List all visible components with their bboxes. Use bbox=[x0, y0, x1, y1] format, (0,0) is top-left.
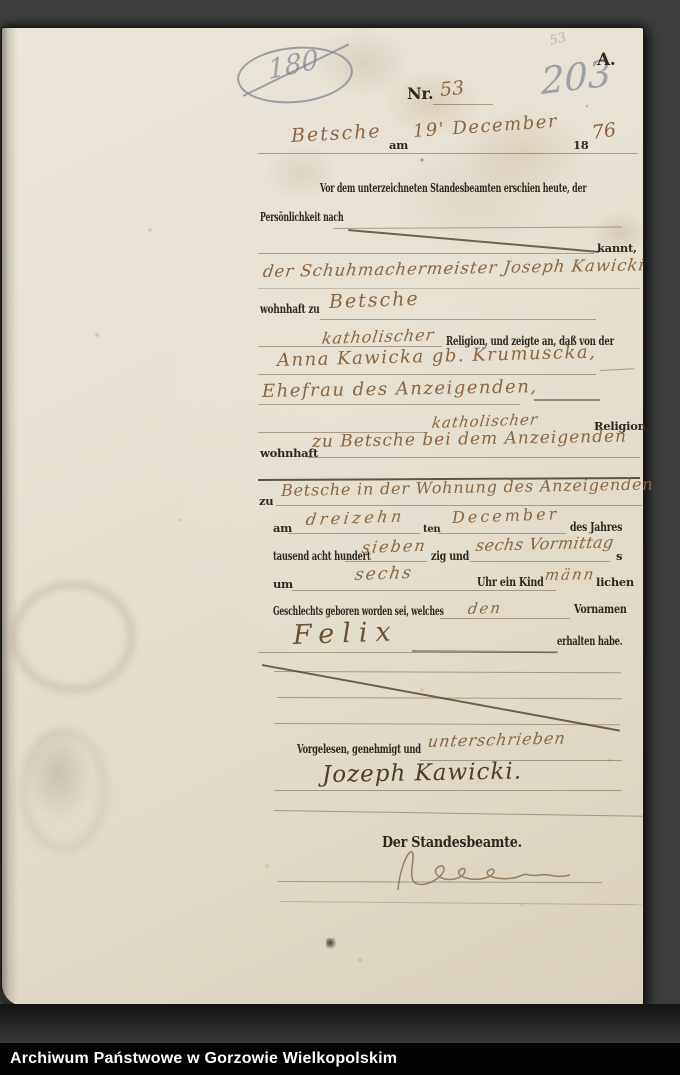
rule-line bbox=[320, 319, 596, 320]
declarant-line: der Schuhmachermeister Joseph Kawicki bbox=[262, 255, 646, 281]
day-value: dreizehn bbox=[305, 506, 407, 529]
ink-blot bbox=[326, 938, 336, 950]
document-content: 180 53 203 A. Nr. 53 Betsche am 19' Dece… bbox=[0, 0, 680, 1075]
rule-line bbox=[274, 810, 643, 817]
zig-und-label: zig und bbox=[431, 549, 469, 563]
archive-caption-bar: Archiwum Państwowe w Gorzowie Wielkopols… bbox=[0, 1043, 680, 1075]
intro-text: Vor dem unterzeichneten Standesbeamten e… bbox=[320, 181, 586, 195]
gender-value: männ bbox=[544, 565, 597, 584]
rule-line bbox=[276, 505, 642, 506]
rule-line bbox=[258, 288, 640, 289]
wohnhaft-zu-label: wohnhaft zu bbox=[260, 302, 320, 316]
year-value: 76 bbox=[590, 119, 617, 144]
hour-value: sechs bbox=[354, 563, 415, 585]
vornamen-label: Vornamen bbox=[574, 602, 627, 616]
pencil-small-number: 53 bbox=[548, 30, 568, 49]
rule-line bbox=[292, 590, 556, 591]
rule-line bbox=[345, 561, 427, 562]
den-value: den bbox=[467, 599, 504, 618]
bekannt-label: kannt, bbox=[597, 241, 637, 255]
residence-value: Betsche bbox=[329, 288, 420, 313]
rule-line bbox=[288, 533, 420, 534]
am-label: am bbox=[389, 138, 408, 152]
declarant-signature: Jozeph Kawicki. bbox=[322, 759, 523, 788]
residence2-value: zu Betsche bei dem Anzeigenden bbox=[312, 427, 627, 452]
place-value: Betsche bbox=[290, 120, 382, 147]
archive-scan-page: { "colors": { "background": "#3d3d3d", "… bbox=[0, 0, 680, 1075]
rule-line bbox=[274, 671, 621, 673]
rule-line bbox=[258, 153, 638, 154]
geschlechts-label: Geschlechts geboren worden sei, welches bbox=[273, 604, 444, 618]
unterschrieben-value: unterschrieben bbox=[427, 728, 568, 751]
year-printed: 18 bbox=[573, 138, 588, 152]
decade-value: sieben bbox=[361, 536, 428, 557]
s-label: s bbox=[616, 549, 622, 563]
rule-line bbox=[258, 374, 596, 375]
rule-line bbox=[433, 104, 493, 105]
religion1-value: katholischer bbox=[321, 325, 436, 348]
rule-line bbox=[470, 561, 610, 562]
mother-line-2: Ehefrau des Anzeigenden, bbox=[262, 376, 538, 402]
erhalten-label: erhalten habe. bbox=[557, 634, 623, 648]
nr-value: 53 bbox=[439, 77, 465, 101]
registrar-signature-scrawl bbox=[392, 846, 592, 896]
zu-label: zu bbox=[259, 494, 273, 508]
rule-line bbox=[258, 404, 520, 405]
rule-line bbox=[258, 253, 594, 254]
archive-caption-text: Archiwum Państwowe w Gorzowie Wielkopols… bbox=[10, 1050, 397, 1068]
rule-line bbox=[440, 618, 570, 619]
lichen-label: lichen bbox=[596, 575, 634, 589]
rule-line bbox=[274, 790, 622, 791]
persoenlichkeit-label: Persönlichkeit nach bbox=[260, 210, 343, 224]
rule-line bbox=[280, 901, 642, 905]
rule-line bbox=[274, 723, 620, 725]
rule-line bbox=[534, 399, 600, 401]
corner-letter: A. bbox=[597, 50, 616, 70]
um-label: um bbox=[273, 577, 293, 591]
vorgelesen-label: Vorgelesen, genehmigt und bbox=[297, 742, 421, 756]
rule-line bbox=[600, 368, 634, 371]
date-value: 19' December bbox=[412, 111, 558, 142]
time-value: sechs Vormittag bbox=[475, 532, 616, 555]
nr-label: Nr. bbox=[407, 84, 433, 103]
child-name-value: Felix bbox=[292, 616, 399, 651]
rule-line bbox=[333, 226, 622, 229]
upper-cancel-stroke bbox=[348, 229, 599, 252]
rule-line bbox=[308, 457, 640, 458]
month-value: December bbox=[452, 504, 560, 527]
uhr-label: Uhr ein Kind bbox=[477, 575, 544, 589]
